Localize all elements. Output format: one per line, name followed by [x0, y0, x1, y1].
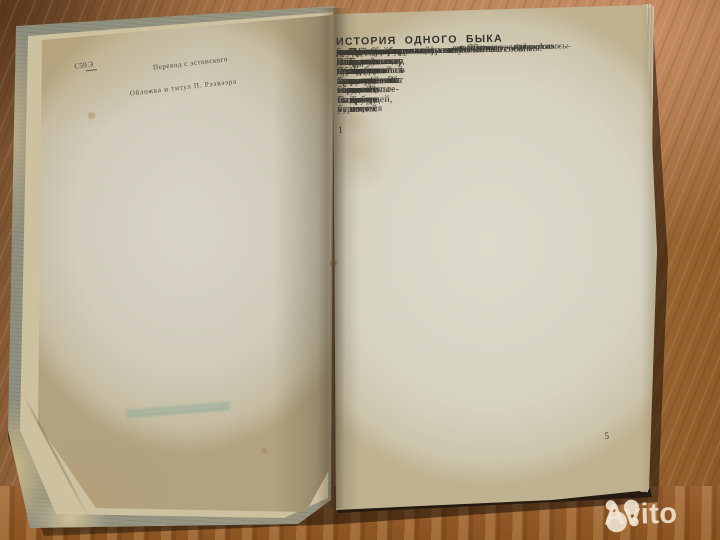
classification-mark: Э С59 [74, 60, 96, 62]
foxing-spot [330, 260, 337, 266]
foxing-spot [88, 112, 95, 119]
body-line: Наш барин живал раньше за границей, пото… [336, 47, 392, 115]
chapter-number: 1 [338, 125, 343, 137]
right-page-text: ИСТОРИЯ ОДНОГО БЫКА «Ибо тварь с надеждо… [336, 30, 638, 476]
book-photo: Э С59 Перевод с эстонского Обложка и тит… [0, 0, 720, 540]
page-number: 5 [604, 432, 609, 442]
avito-wordmark: Avito [604, 499, 678, 530]
foxing-spot [262, 448, 267, 453]
cover-artist-credit: Обложка и титул П. Рээвээра [129, 77, 237, 97]
avito-watermark: Avito [603, 491, 720, 536]
classification-number: С59 [74, 61, 87, 71]
translation-credit: Перевод с эстонского [153, 55, 229, 71]
